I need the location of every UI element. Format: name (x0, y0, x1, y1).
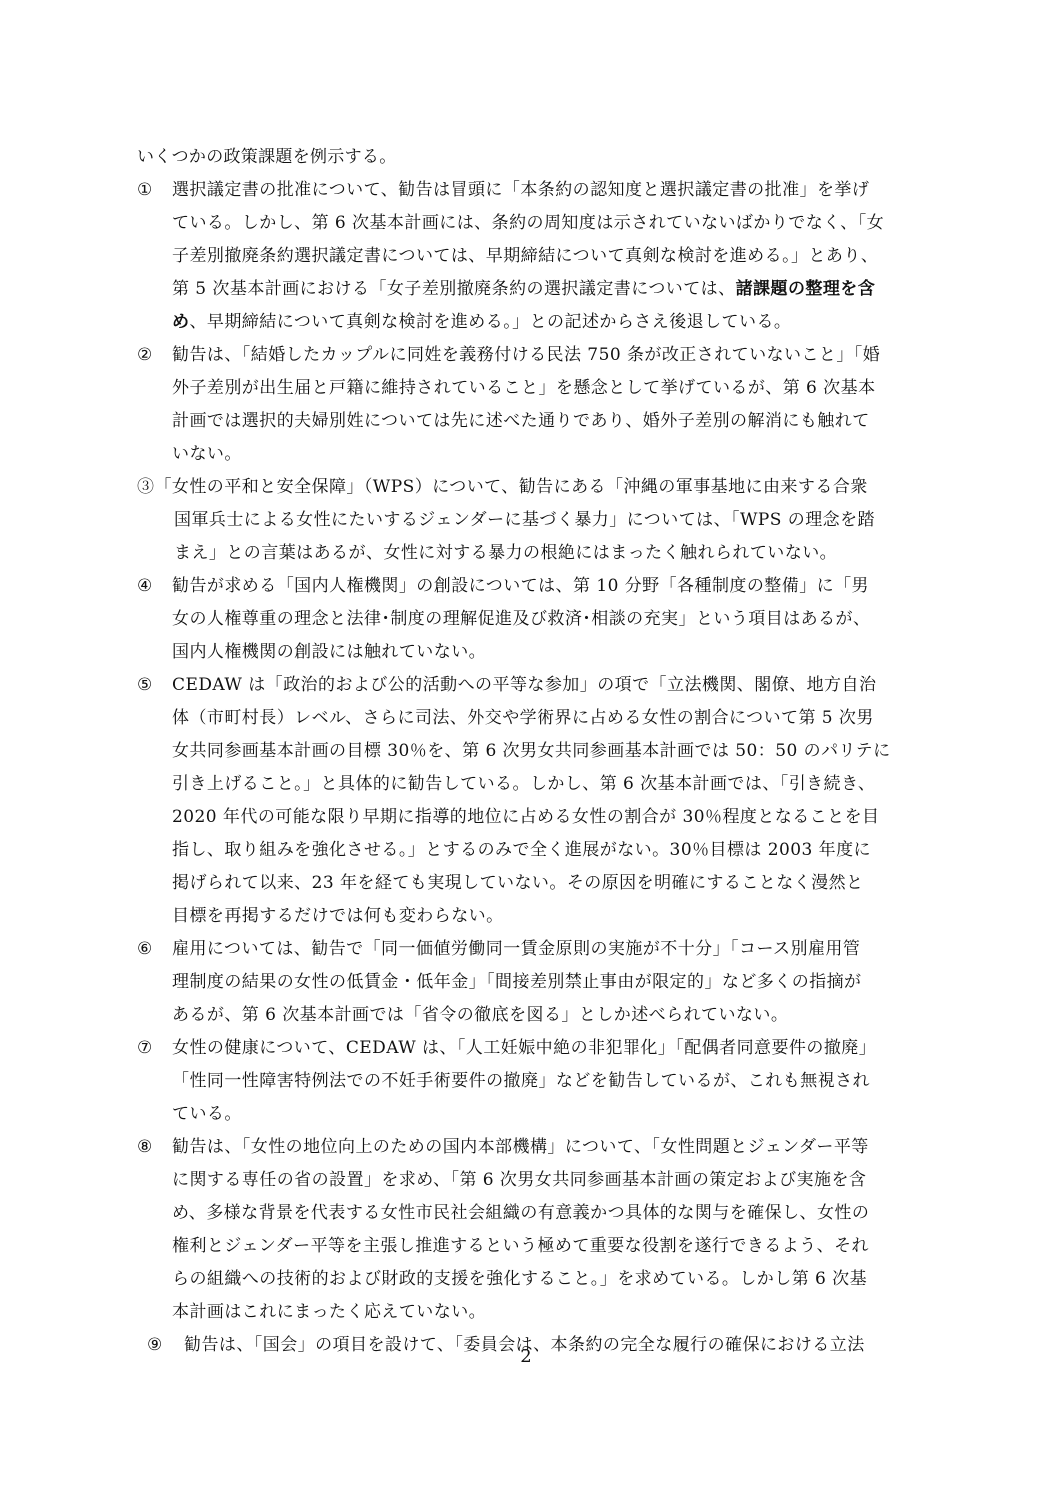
item-line: 2020 年代の可能な限り早期に指導的地位に占める女性の割合が 30％程度となる… (172, 801, 915, 834)
list-item-1: ① 選択議定書の批准について、勧告は冒頭に「本条約の認知度と選択議定書の批准」を… (137, 174, 915, 339)
list-item-6: ⑥ 雇用については、勧告で「同一価値労働同一賃金原則の実施が不十分」「コース別雇… (137, 933, 915, 1032)
item-line-text: 「女性の平和と安全保障」（WPS）について、勧告にある「沖縄の軍事基地に由来する… (154, 477, 867, 497)
item-line: 勧告が求める「国内人権機関」の創設については、第 10 分野「各種制度の整備」に… (172, 570, 915, 603)
item-marker: ③ (137, 477, 154, 497)
item-line: らの組織への技術的および財政的支援を強化すること。」を求めている。しかし第 6 … (172, 1263, 915, 1296)
item-marker: ② (137, 339, 167, 372)
item-line: 勧告は、「結婚したカップルに同姓を義務付ける民法 750 条が改正されていないこ… (172, 339, 915, 372)
list-item-8: ⑧ 勧告は、「女性の地位向上のための国内本部機構」について、「女性問題とジェンダ… (137, 1131, 915, 1329)
list-item-5: ⑤ CEDAW は「政治的および公的活動への平等な参加」の項で「立法機関、閣僚、… (137, 669, 915, 933)
item-line: 国軍兵士による女性にたいするジェンダーに基づく暴力」については、「WPS の理念… (137, 504, 915, 537)
item-line: に関する専任の省の設置」を求め、「第 6 次男女共同参画基本計画の策定および実施… (172, 1164, 915, 1197)
item-marker: ⑤ (137, 669, 167, 702)
item-line: 計画では選択的夫婦別姓については先に述べた通りであり、婚外子差別の解消にも触れて (172, 405, 915, 438)
item-line: 選択議定書の批准について、勧告は冒頭に「本条約の認知度と選択議定書の批准」を挙げ (172, 174, 915, 207)
item-line: 外子差別が出生届と戸籍に維持されていること」を懸念として挙げているが、第 6 次… (172, 372, 915, 405)
item-line: 女共同参画基本計画の目標 30％を、第 6 次男女共同参画基本計画では 50：5… (172, 735, 915, 768)
item-line: 引き上げること。」と具体的に勧告している。しかし、第 6 次基本計画では、「引き… (172, 768, 915, 801)
item-line: め、早期締結について真剣な検討を進める。」との記述からさえ後退している。 (172, 306, 915, 339)
item-line-text: 、早期締結について真剣な検討を進める。」との記述からさえ後退している。 (189, 312, 791, 332)
item-line: 目標を再掲するだけでは何も変わらない。 (172, 900, 915, 933)
item-line: 権利とジェンダー平等を主張し推進するという極めて重要な役割を遂行できるよう、それ (172, 1230, 915, 1263)
item-line: あるが、第 6 次基本計画では「省令の徹底を図る」としか述べられていない。 (172, 999, 915, 1032)
item-line: ている。しかし、第 6 次基本計画には、条約の周知度は示されていないばかりでなく… (172, 207, 915, 240)
list-item-3: ③「女性の平和と安全保障」（WPS）について、勧告にある「沖縄の軍事基地に由来す… (137, 471, 915, 570)
item-marker: ⑥ (137, 933, 167, 966)
bold-emphasis: 諸課題の整理を含 (736, 279, 876, 299)
intro-text: いくつかの政策課題を例示する。 (137, 141, 915, 174)
item-marker: ④ (137, 570, 167, 603)
item-marker: ⑦ (137, 1032, 167, 1065)
item-line: 第 5 次基本計画における「女子差別撤廃条約の選択議定書については、諸課題の整理… (172, 273, 915, 306)
item-line: 女性の健康について、CEDAW は、「人工妊娠中絶の非犯罪化」「配偶者同意要件の… (172, 1032, 915, 1065)
item-line: 国内人権機関の創設には触れていない。 (172, 636, 915, 669)
list-item-7: ⑦ 女性の健康について、CEDAW は、「人工妊娠中絶の非犯罪化」「配偶者同意要… (137, 1032, 915, 1131)
page-number: 2 (0, 1343, 1052, 1371)
document-page: いくつかの政策課題を例示する。 ① 選択議定書の批准について、勧告は冒頭に「本条… (137, 141, 915, 1362)
item-line: まえ」との言葉はあるが、女性に対する暴力の根絶にはまったく触れられていない。 (137, 537, 915, 570)
item-line: 本計画はこれにまったく応えていない。 (172, 1296, 915, 1329)
item-line: 雇用については、勧告で「同一価値労働同一賃金原則の実施が不十分」「コース別雇用管 (172, 933, 915, 966)
item-line: 理制度の結果の女性の低賃金・低年金」「間接差別禁止事由が限定的」など多くの指摘が (172, 966, 915, 999)
item-line: 体（市町村長）レベル、さらに司法、外交や学術界に占める女性の割合について第 5 … (172, 702, 915, 735)
item-line: 女の人権尊重の理念と法律･制度の理解促進及び救済･相談の充実」という項目はあるが… (172, 603, 915, 636)
item-line: 掲げられて以来、23 年を経ても実現していない。その原因を明確にすることなく漫然… (172, 867, 915, 900)
item-line-text: 第 5 次基本計画における「女子差別撤廃条約の選択議定書については、 (172, 279, 736, 299)
item-line: CEDAW は「政治的および公的活動への平等な参加」の項で「立法機関、閣僚、地方… (172, 669, 915, 702)
list-item-4: ④ 勧告が求める「国内人権機関」の創設については、第 10 分野「各種制度の整備… (137, 570, 915, 669)
item-line: 指し、取り組みを強化させる。」とするのみで全く進展がない。30％目標は 2003… (172, 834, 915, 867)
item-line: ③「女性の平和と安全保障」（WPS）について、勧告にある「沖縄の軍事基地に由来す… (137, 471, 915, 504)
item-marker: ⑧ (137, 1131, 167, 1164)
item-marker: ① (137, 174, 167, 207)
item-line: いない。 (172, 438, 915, 471)
item-line: 「性同一性障害特例法での不妊手術要件の撤廃」などを勧告しているが、これも無視され (172, 1065, 915, 1098)
item-line: め、多様な背景を代表する女性市民社会組織の有意義かつ具体的な関与を確保し、女性の (172, 1197, 915, 1230)
bold-emphasis: め (172, 312, 189, 332)
item-line: 子差別撤廃条約選択議定書については、早期締結について真剣な検討を進める。」とあり… (172, 240, 915, 273)
item-line: ている。 (172, 1098, 915, 1131)
list-item-2: ② 勧告は、「結婚したカップルに同姓を義務付ける民法 750 条が改正されていな… (137, 339, 915, 471)
item-line: 勧告は、「女性の地位向上のための国内本部機構」について、「女性問題とジェンダー平… (172, 1131, 915, 1164)
